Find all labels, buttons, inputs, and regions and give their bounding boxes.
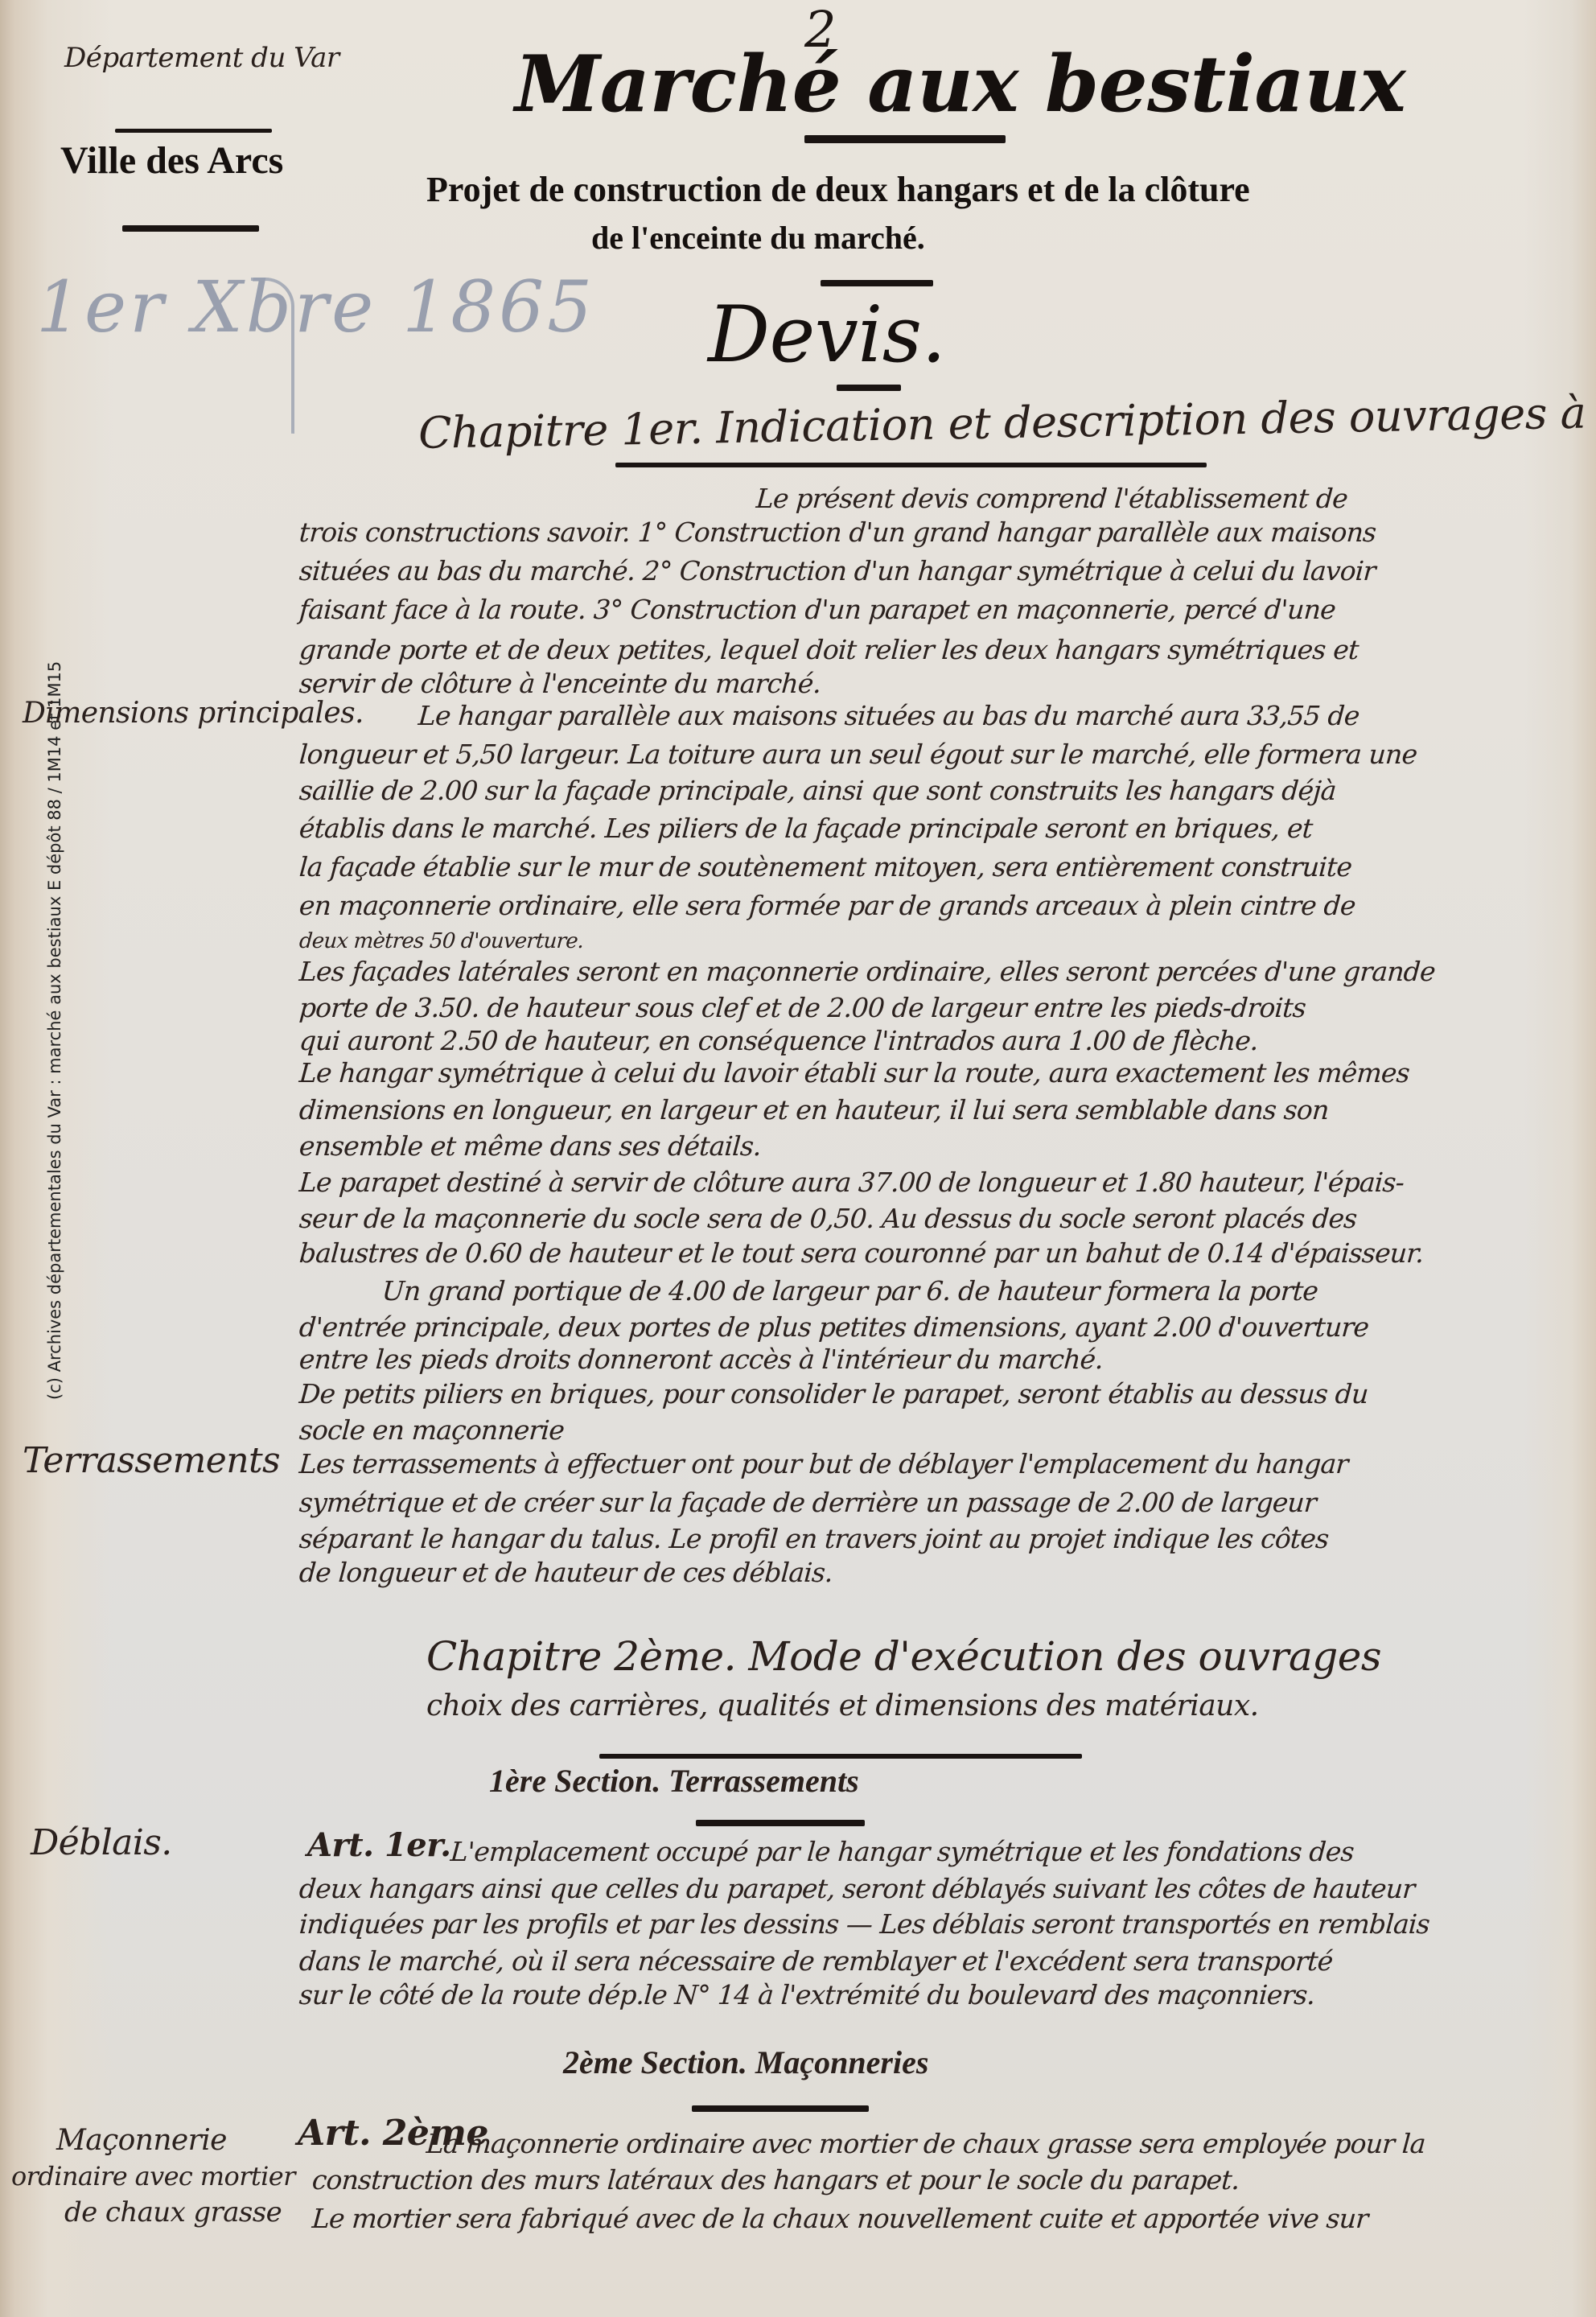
body-line: construction des murs latéraux des hanga… bbox=[311, 2164, 1553, 2196]
section-2-title: 2ème Section. Maçonneries bbox=[563, 2043, 928, 2081]
body-line: situées au bas du marché. 2° Constructio… bbox=[298, 555, 1540, 587]
pencil-date: 1er Xbre 1865 bbox=[36, 265, 595, 348]
margin-label-maconnerie-3: de chaux grasse bbox=[64, 2196, 282, 2229]
body-line: Le parapet destiné à servir de clôture a… bbox=[298, 1167, 1540, 1199]
body-line: deux mètres 50 d'ouverture. bbox=[298, 925, 1540, 957]
document-title: Marché aux bestiaux bbox=[515, 39, 1405, 130]
body-line: De petits piliers en briques, pour conso… bbox=[298, 1378, 1540, 1410]
divider bbox=[692, 2105, 869, 2112]
body-line: en maçonnerie ordinaire, elle sera formé… bbox=[298, 890, 1540, 922]
margin-label-deblais: Déblais. bbox=[31, 1822, 172, 1863]
body-line: Un grand portique de 4.00 de largeur par… bbox=[381, 1275, 1596, 1307]
manuscript-page: (c) Archives départementales du Var : ma… bbox=[0, 0, 1596, 2317]
body-line: faisant face à la route. 3° Construction… bbox=[298, 594, 1540, 626]
body-line: dans le marché, où il sera nécessaire de… bbox=[298, 1945, 1540, 1977]
body-line: saillie de 2.00 sur la façade principale… bbox=[298, 775, 1540, 807]
body-line: Le présent devis comprend l'établissemen… bbox=[755, 483, 1596, 515]
body-line: Le mortier sera fabriqué avec de la chau… bbox=[311, 2203, 1553, 2235]
body-line: balustres de 0.60 de hauteur et le tout … bbox=[298, 1237, 1540, 1270]
divider bbox=[821, 280, 933, 286]
chapter-2-subheading: choix des carrières, qualités et dimensi… bbox=[426, 1689, 1259, 1722]
body-line: L'emplacement occupé par le hangar symét… bbox=[450, 1836, 1596, 1868]
body-line: servir de clôture à l'enceinte du marché… bbox=[298, 668, 1540, 700]
margin-label-maconnerie: Maçonnerie bbox=[56, 2124, 227, 2157]
devis-heading: Devis. bbox=[708, 290, 946, 380]
body-line: socle en maçonnerie bbox=[298, 1414, 1540, 1447]
body-line: de longueur et de hauteur de ces déblais… bbox=[298, 1557, 1540, 1589]
body-line: longueur et 5,50 largeur. La toiture aur… bbox=[298, 739, 1540, 771]
chapter-1-heading: Chapitre 1er. Indication et description … bbox=[418, 384, 1596, 459]
body-line: séparant le hangar du talus. Le profil e… bbox=[298, 1523, 1540, 1555]
body-line: dimensions en longueur, en largeur et en… bbox=[298, 1094, 1540, 1126]
body-line: la façade établie sur le mur de soutènem… bbox=[298, 851, 1540, 883]
margin-label-maconnerie-2: ordinaire avec mortier bbox=[11, 2161, 295, 2191]
archive-watermark: (c) Archives départementales du Var : ma… bbox=[45, 661, 64, 1400]
section-1-title: 1ère Section. Terrassements bbox=[489, 1762, 859, 1800]
body-line: Le hangar symétrique à celui du lavoir é… bbox=[298, 1057, 1540, 1089]
body-line: Les terrassements à effectuer ont pour b… bbox=[298, 1448, 1540, 1480]
body-line: deux hangars ainsi que celles du parapet… bbox=[298, 1873, 1540, 1905]
divider bbox=[615, 463, 1207, 467]
subtitle-line-2: de l'enceinte du marché. bbox=[591, 219, 925, 257]
body-line: qui auront 2.50 de hauteur, en conséquen… bbox=[298, 1025, 1540, 1057]
body-line: seur de la maçonnerie du socle sera de 0… bbox=[298, 1203, 1540, 1235]
body-line: indiquées par les profils et par les des… bbox=[298, 1908, 1540, 1940]
body-line: porte de 3.50. de hauteur sous clef et d… bbox=[298, 992, 1540, 1024]
body-line: établis dans le marché. Les piliers de l… bbox=[298, 813, 1540, 845]
body-line: d'entrée principale, deux portes de plus… bbox=[298, 1311, 1540, 1344]
chapter-2-heading: Chapitre 2ème. Mode d'exécution des ouvr… bbox=[426, 1633, 1381, 1680]
divider bbox=[599, 1754, 1082, 1759]
department-label: Département du Var bbox=[64, 42, 339, 74]
divider bbox=[696, 1820, 865, 1826]
town-label: Ville des Arcs bbox=[60, 138, 283, 183]
body-line: entre les pieds droits donneront accès à… bbox=[298, 1344, 1540, 1376]
subtitle-line-1: Projet de construction de deux hangars e… bbox=[426, 169, 1250, 210]
body-line: La maçonnerie ordinaire avec mortier de … bbox=[426, 2128, 1596, 2160]
body-line: Les façades latérales seront en maçonner… bbox=[298, 956, 1540, 988]
margin-label-terrassements: Terrassements bbox=[23, 1440, 280, 1481]
body-line: sur le côté de la route dép.le N° 14 à l… bbox=[298, 1979, 1540, 2011]
body-line: Le hangar parallèle aux maisons situées … bbox=[418, 700, 1596, 732]
divider bbox=[837, 385, 901, 391]
pencil-flourish bbox=[251, 278, 294, 434]
divider bbox=[122, 225, 259, 232]
article-1-label: Art. 1er. bbox=[307, 1826, 451, 1864]
divider bbox=[115, 129, 272, 133]
body-line: trois constructions savoir. 1° Construct… bbox=[298, 516, 1540, 549]
body-line: symétrique et de créer sur la façade de … bbox=[298, 1487, 1540, 1519]
title-divider bbox=[804, 135, 1006, 143]
margin-label-dimensions: Dimensions principales. bbox=[23, 697, 364, 730]
body-line: ensemble et même dans ses détails. bbox=[298, 1130, 1540, 1163]
body-line: grande porte et de deux petites, lequel … bbox=[298, 634, 1540, 666]
